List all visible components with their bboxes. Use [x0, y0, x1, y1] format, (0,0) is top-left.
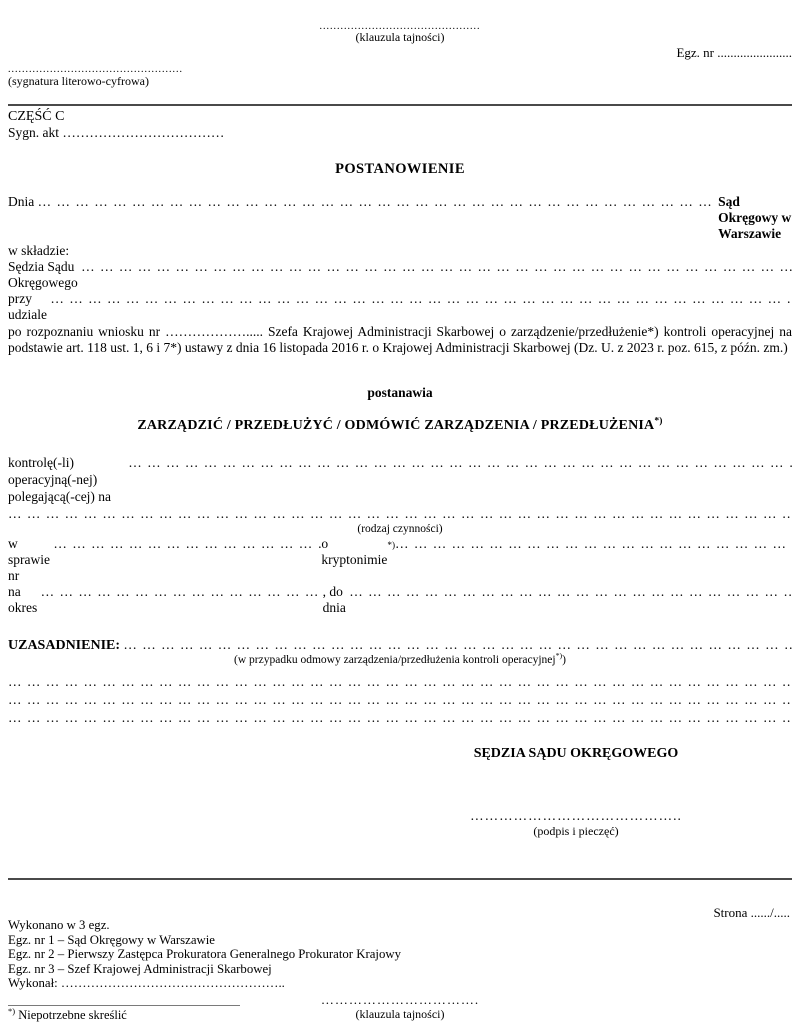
dnia-blank: … … … … … … … … … … … … … … … … … … … … …: [38, 194, 715, 210]
court-name: Sąd Okręgowy w Warszawie: [718, 194, 792, 243]
top-divider: [8, 104, 792, 106]
w-sprawie-line: w sprawie nr … … … … … … … … … … … … … ……: [8, 536, 792, 584]
sygn-akt-field: Sygn. akt ………………………………: [8, 125, 792, 141]
sedzia-line: Sędzia Sądu Okręgowego … … … … … … … … ……: [8, 259, 792, 291]
bottom-klauzula-label: (klauzula tajności): [0, 1007, 800, 1021]
przy-udziale-line: przy udziale … … … … … … … … … … … … … ……: [8, 291, 792, 323]
kontrole-blank2: … … … … … … … … … … … … … … … … … … … … …: [8, 505, 792, 523]
document-title: POSTANOWIENIE: [8, 161, 792, 178]
kontrole-section: kontrolę(-li) operacyjną(-nej) polegając…: [8, 454, 792, 523]
na-okres-blank: … … … … … … … … … … … … … … … … … … … … …: [41, 584, 323, 600]
top-klauzula-label: (klauzula tajności): [8, 30, 792, 44]
do-dnia-blank: … … … … … … … … … … … … … … … … … … … … …: [349, 584, 792, 600]
kontrole-line: kontrolę(-li) operacyjną(-nej) polegając…: [8, 454, 792, 505]
uzasadnienie-label: UZASADNIENIE:: [8, 637, 120, 654]
footer-line: Egz. nr 1 – Sąd Okręgowy w Warszawie: [8, 933, 792, 948]
part-heading: CZĘŚĆ C: [8, 108, 792, 125]
postanawia-heading: postanawia: [8, 384, 792, 401]
bottom-klauzula-dots: …………………………….: [0, 993, 800, 1007]
kontrole-label: kontrolę(-li) operacyjną(-nej) polegając…: [8, 454, 125, 505]
kontrole-blank: … … … … … … … … … … … … … … … … … … … … …: [128, 454, 792, 471]
page-number-field: Strona ....../.....: [713, 905, 790, 921]
w-skladzie-line: w składzie:: [8, 243, 792, 259]
distribution-list: Wykonano w 3 egz. Egz. nr 1 – Sąd Okręgo…: [8, 918, 792, 991]
uzasadnienie-note-text: (w przypadku odmowy zarządzenia/przedłuż…: [234, 654, 556, 666]
przy-udziale-blank: … … … … … … … … … … … … … … … … … … … … …: [50, 291, 792, 307]
wykonal-field: Wykonał: ……………………………………………..: [8, 976, 792, 991]
footer-line: Wykonano w 3 egz.: [8, 918, 792, 933]
przy-udziale-label: przy udziale: [8, 291, 47, 323]
sygnatura-label: (sygnatura literowo-cyfrowa): [8, 74, 792, 88]
w-sprawie-blank: … … … … … … … … … … … … … … … … … … … … …: [53, 536, 321, 552]
na-okres-label: na okres: [8, 584, 37, 616]
decision-footnote-marker: *): [654, 416, 662, 426]
signature-blank: ……………………………………..: [416, 808, 736, 824]
uzasadnienie-blank: … … … … … … … … … … … … … … … … … … … … …: [123, 636, 792, 653]
uzasadnienie-note-close: ): [562, 654, 566, 666]
do-dnia-label: , do dnia: [323, 584, 346, 616]
sedzia-blank: … … … … … … … … … … … … … … … … … … … … …: [81, 259, 792, 275]
blank-line-dots: … … … … … … … … … … … … … … … … … … … … …: [8, 673, 792, 691]
intro-section: Dnia … … … … … … … … … … … … … … … … … ……: [8, 194, 792, 356]
judge-title: SĘDZIA SĄDU OKRĘGOWEGO: [416, 745, 736, 762]
rodzaj-czynnosci-label: (rodzaj czynności): [8, 523, 792, 536]
uzasadnienie-section: UZASADNIENIE: … … … … … … … … … … … … … …: [8, 636, 792, 727]
dnia-label: Dnia: [8, 194, 34, 210]
case-fields: w sprawie nr … … … … … … … … … … … … … ……: [8, 536, 792, 616]
blank-line: … … … … … … … … … … … … … … … … … … … … …: [8, 673, 792, 691]
decision-main-text: ZARZĄDZIĆ / PRZEDŁUŻYĆ / ODMÓWIĆ ZARZĄDZ…: [137, 418, 654, 433]
blank-line-dots: … … … … … … … … … … … … … … … … … … … … …: [8, 691, 792, 709]
blank-line: … … … … … … … … … … … … … … … … … … … … …: [8, 691, 792, 709]
w-sprawie-label: w sprawie nr: [8, 536, 50, 584]
po-rozpoznaniu-paragraph: po rozpoznaniu wniosku nr ………………..... Sz…: [8, 324, 792, 356]
dnia-line: Dnia … … … … … … … … … … … … … … … … … ……: [8, 194, 792, 243]
uzasadnienie-note: (w przypadku odmowy zarządzenia/przedłuż…: [8, 654, 792, 667]
footer-divider: [8, 878, 792, 880]
footer-line: Egz. nr 2 – Pierwszy Zastępca Prokurator…: [8, 947, 792, 962]
signature-block: SĘDZIA SĄDU OKRĘGOWEGO …………………………………….. …: [416, 745, 736, 838]
sygnatura-dots: ........................................…: [8, 66, 792, 74]
signature-caption: (podpis i pieczęć): [416, 824, 736, 838]
kryptonim-label: o kryptonimie: [321, 536, 387, 568]
blank-line: … … … … … … … … … … … … … … … … … … … … …: [8, 709, 792, 727]
kontrole-blank-line2: … … … … … … … … … … … … … … … … … … … … …: [8, 505, 792, 523]
document-page: ........................................…: [0, 0, 800, 1036]
egz-nr-field: Egz. nr .......................: [8, 45, 792, 60]
na-okres-line: na okres … … … … … … … … … … … … … … … ……: [8, 584, 792, 616]
bottom-klauzula-block: ……………………………. (klauzula tajności): [0, 993, 800, 1021]
uzasadnienie-line: UZASADNIENIE: … … … … … … … … … … … … … …: [8, 636, 792, 654]
footer-line: Egz. nr 3 – Szef Krajowej Administracji …: [8, 962, 792, 977]
blank-line-dots: … … … … … … … … … … … … … … … … … … … … …: [8, 709, 792, 727]
decision-heading: ZARZĄDZIĆ / PRZEDŁUŻYĆ / ODMÓWIĆ ZARZĄDZ…: [8, 417, 792, 434]
kryptonim-blank: … … … … … … … … … … … … … … … … … … … … …: [395, 536, 792, 552]
uzasadnienie-blank-lines: … … … … … … … … … … … … … … … … … … … … …: [8, 673, 792, 727]
sedzia-label: Sędzia Sądu Okręgowego: [8, 259, 78, 291]
